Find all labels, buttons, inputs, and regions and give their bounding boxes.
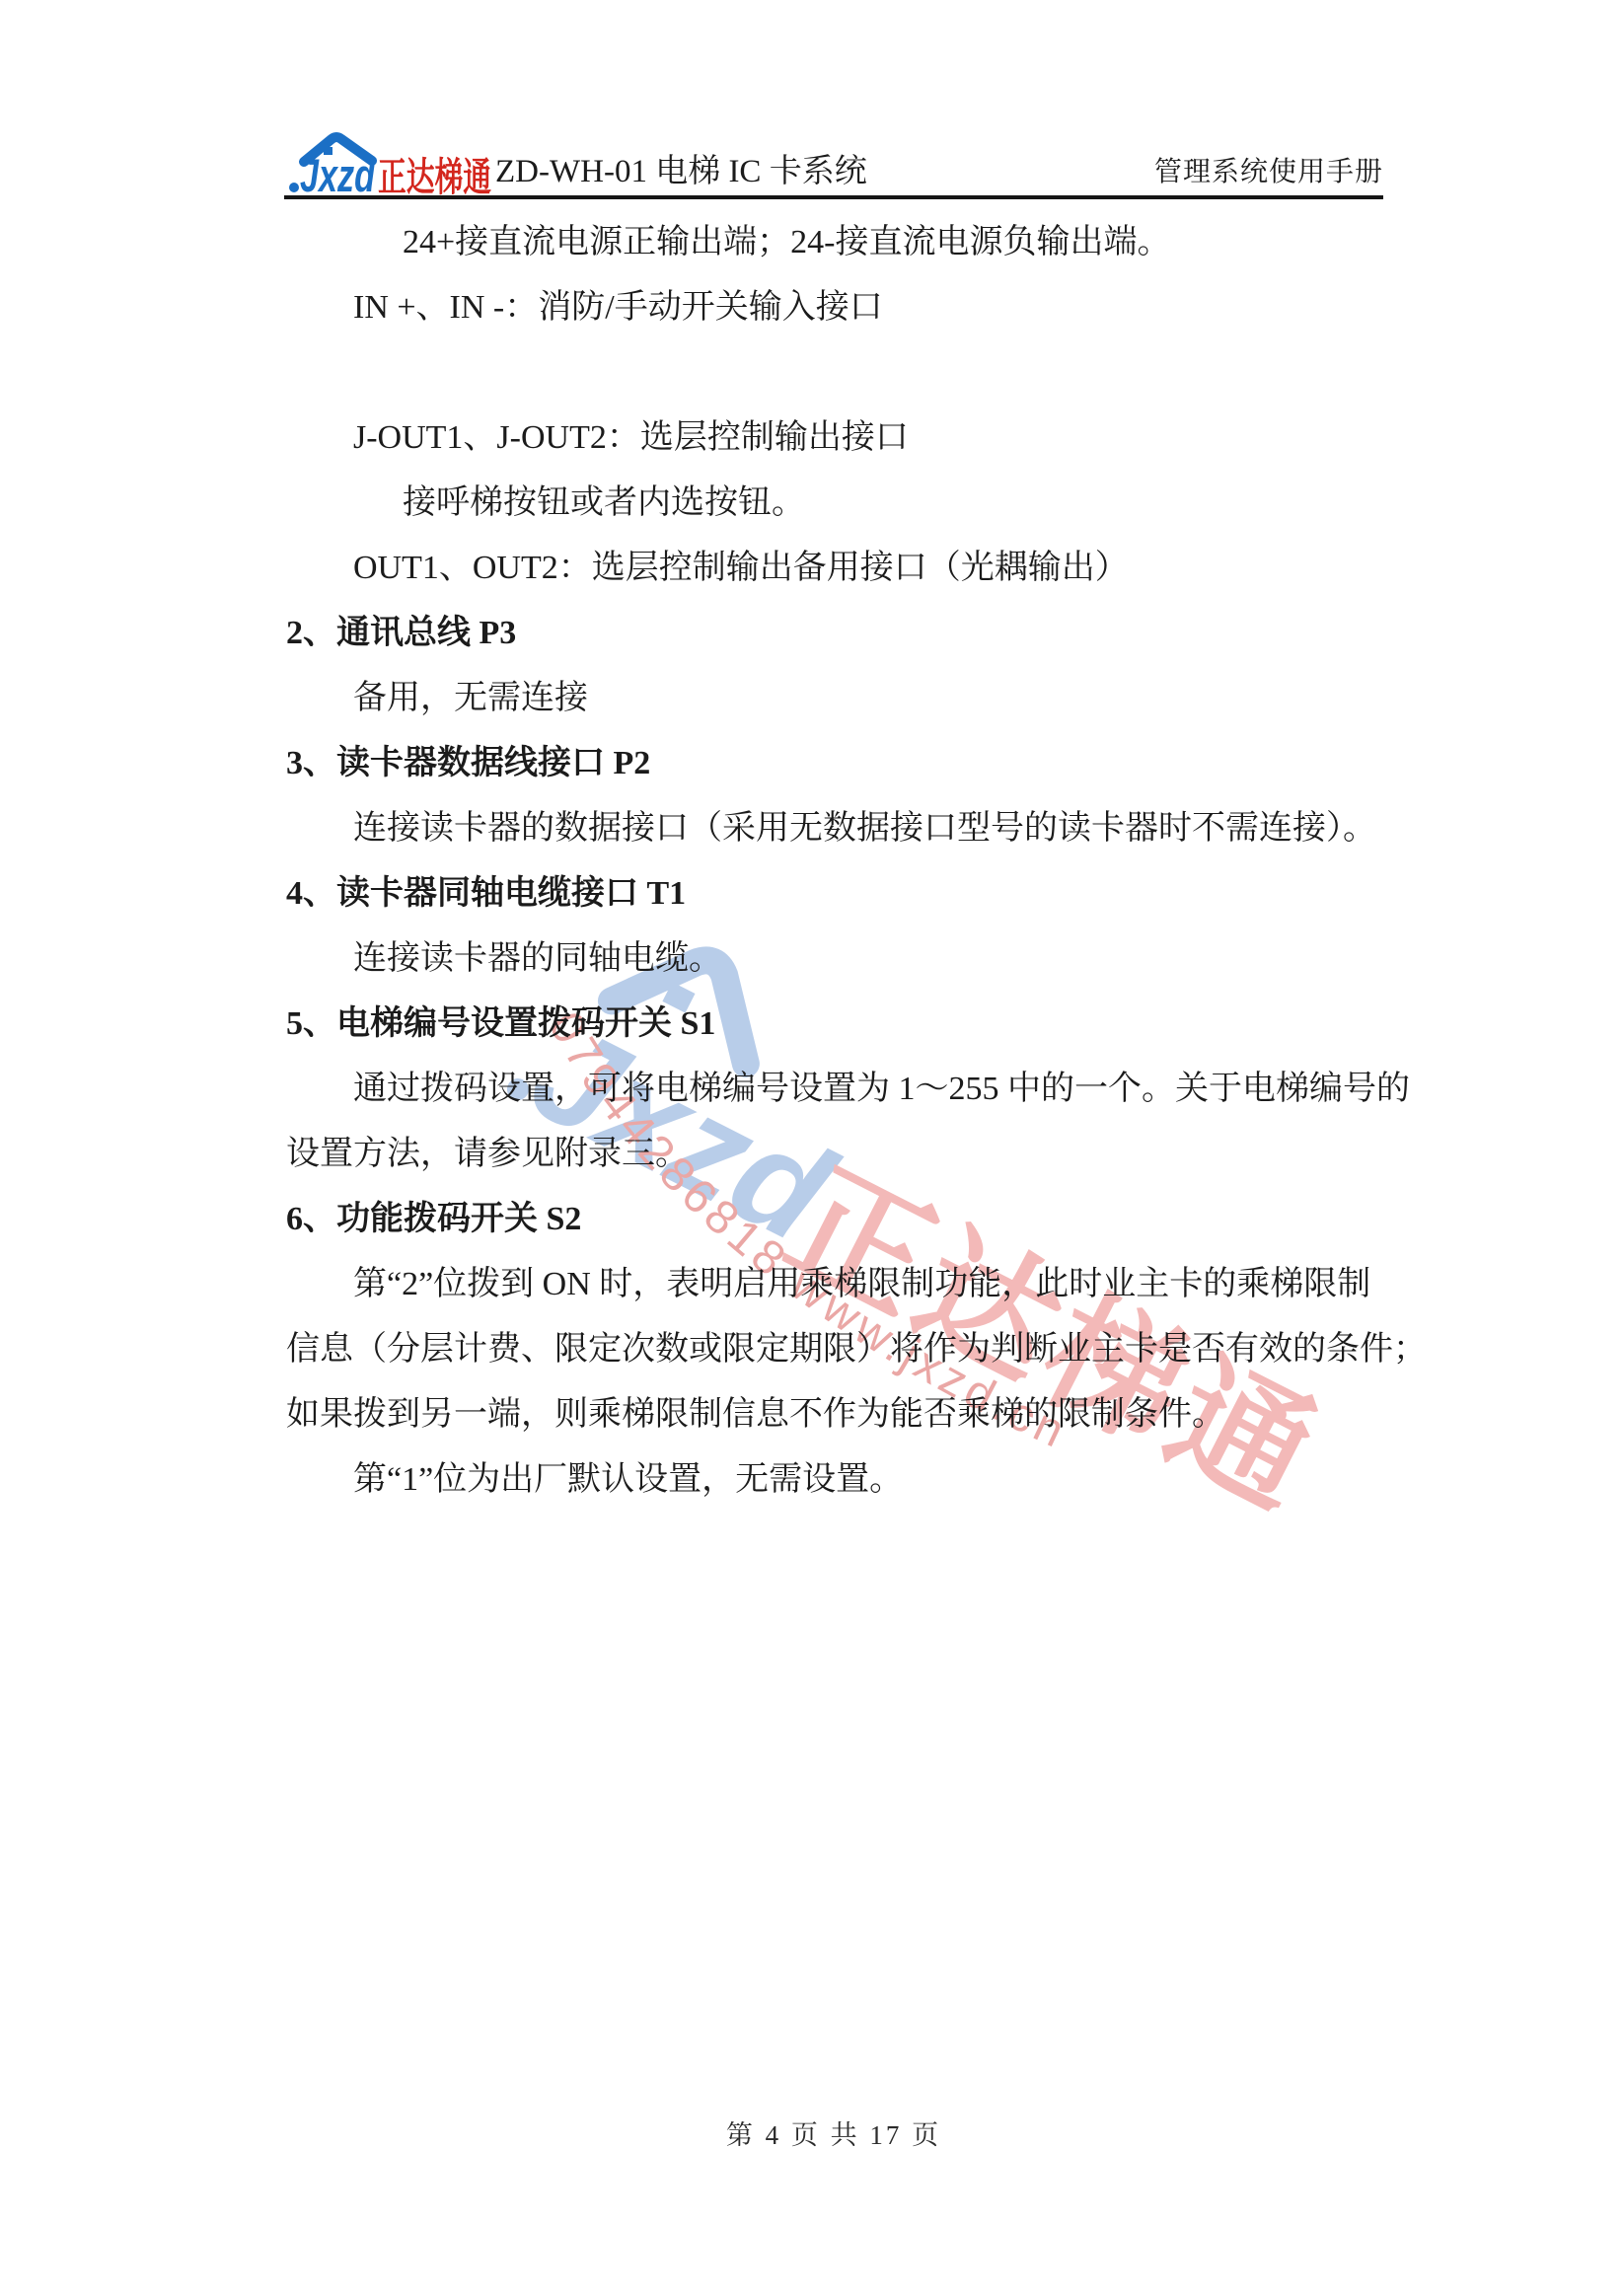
- logo-brand-cn: 正达梯通: [378, 155, 491, 195]
- section-heading: 4、读卡器同轴电缆接口 T1: [286, 861, 1403, 926]
- body-line: 接呼梯按钮或者内选按钮。: [286, 471, 1403, 536]
- body-line: 连接读卡器的同轴电缆。: [286, 926, 1403, 992]
- body-line: 24+接直流电源正输出端；24-接直流电源负输出端。: [286, 210, 1403, 275]
- page-header: Jxzd 正达梯通 ZD-WH-01 电梯 IC 卡系统 管理系统使用手册: [284, 124, 1383, 195]
- body-line: 设置方法，请参见附录三。: [286, 1122, 1403, 1187]
- body-line: 第“1”位为出厂默认设置，无需设置。: [286, 1447, 1403, 1513]
- body-line: 备用，无需连接: [286, 666, 1403, 731]
- body-line: J-OUT1、J-OUT2：选层控制输出接口: [286, 406, 1403, 471]
- logo-j-dot: [289, 183, 299, 192]
- body-line: 如果拨到另一端，则乘梯限制信息不作为能否乘梯的限制条件。: [286, 1382, 1403, 1447]
- section-heading: 6、功能拨码开关 S2: [286, 1187, 1403, 1252]
- document-body: 24+接直流电源正输出端；24-接直流电源负输出端。 IN +、IN -：消防/…: [286, 210, 1403, 1513]
- manual-page: Jxzd 正达梯通 07944286818 www.jxzd.cn Jxzd 正…: [0, 0, 1624, 2296]
- page-number: 第 4 页 共 17 页: [284, 2113, 1383, 2152]
- body-line: 信息（分层计费、限定次数或限定期限）将作为判断业主卡是否有效的条件；: [286, 1317, 1403, 1382]
- body-line: 连接读卡器的数据接口（采用无数据接口型号的读卡器时不需连接）。: [286, 796, 1403, 861]
- body-line: IN +、IN -：消防/手动开关输入接口: [286, 275, 1403, 340]
- company-logo: Jxzd 正达梯通: [284, 130, 493, 195]
- body-line: 第“2”位拨到 ON 时，表明启用乘梯限制功能，此时业主卡的乘梯限制: [286, 1252, 1403, 1317]
- logo-brand-latin: Jxzd: [300, 149, 376, 195]
- section-heading: 3、读卡器数据线接口 P2: [286, 731, 1403, 796]
- section-heading: 2、通讯总线 P3: [286, 601, 1403, 666]
- document-title: ZD-WH-01 电梯 IC 卡系统: [495, 156, 867, 195]
- section-heading: 5、电梯编号设置拨码开关 S1: [286, 992, 1403, 1057]
- body-line: 通过拨码设置，可将电梯编号设置为 1～255 中的一个。关于电梯编号的: [286, 1057, 1403, 1122]
- header-rule: [284, 195, 1383, 199]
- manual-title: 管理系统使用手册: [1154, 159, 1383, 195]
- body-line: OUT1、OUT2：选层控制输出备用接口（光耦输出）: [286, 536, 1403, 601]
